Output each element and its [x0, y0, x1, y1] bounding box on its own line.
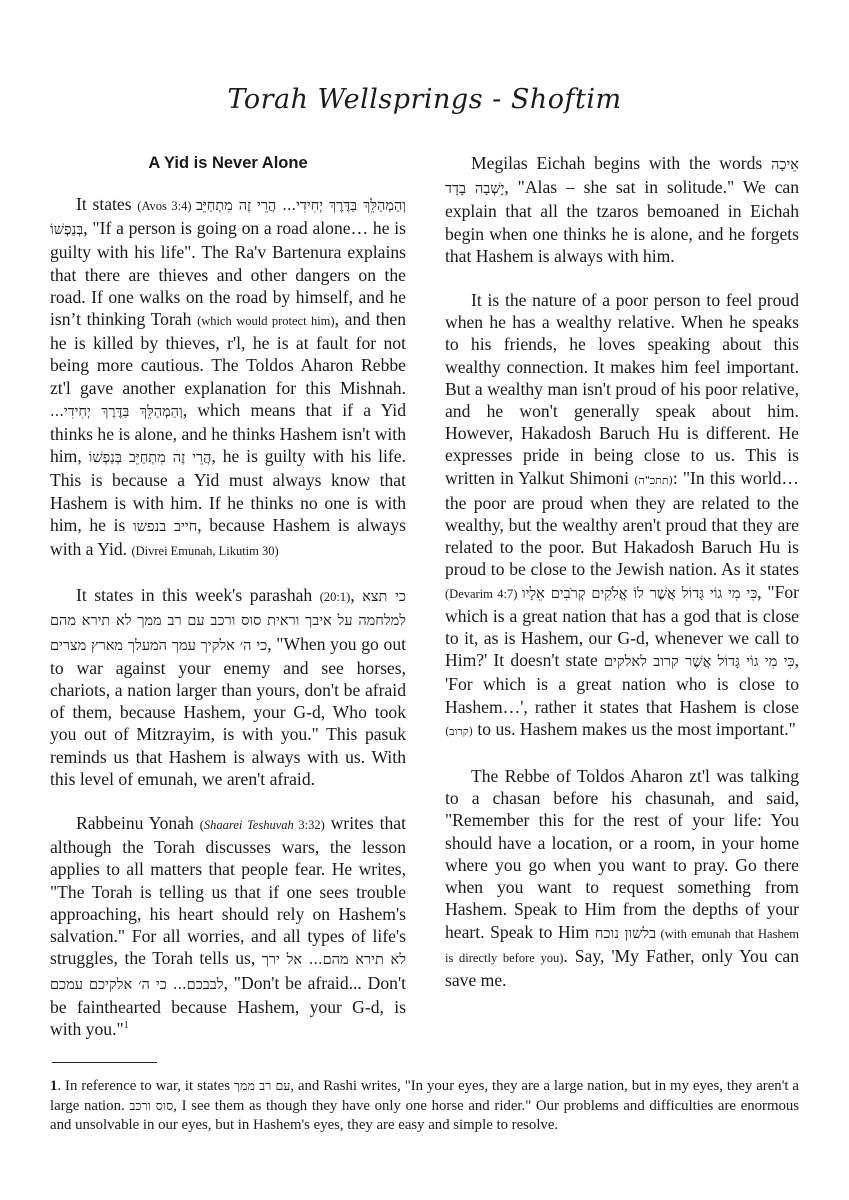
right-column: Megilas Eichah begins with the words אֵי… — [445, 152, 799, 1013]
paragraph-avos: It states (Avos 3:4) וְהַמְהַלֵּךְ בַּדֶ… — [50, 193, 406, 562]
parenthetical-note: (which would protect him) — [197, 314, 334, 328]
source-citation: (Avos 3:4) — [137, 199, 196, 213]
hebrew-quote: כִּי מִי גוֹי גָּדוֹל אֲשֶׁר קרוב לאלקים — [604, 654, 795, 670]
source-citation-title: Shaarei Teshuvah — [204, 818, 294, 832]
source-citation: (Divrei Emunah, Likutim 30) — [131, 544, 278, 558]
hebrew-quote: הֲרֵי זֶה מִתְחַיֵּב בְּנַפְשׁוֹ — [89, 450, 212, 466]
text: Megilas Eichah begins with the words — [471, 153, 771, 173]
text: , — [350, 585, 362, 605]
paragraph-parashah: It states in this week's parashah (20:1)… — [50, 584, 406, 790]
text: . In reference to war, it states — [57, 1078, 234, 1094]
text: to us. Hashem makes us the most importan… — [473, 719, 796, 739]
paragraph-toldos-aharon: The Rebbe of Toldos Aharon zt'l was talk… — [445, 765, 799, 991]
paragraph-rabbeinu-yonah: Rabbeinu Yonah (Shaarei Teshuvah 3:32) w… — [50, 812, 406, 1040]
text: It states in this week's parashah — [76, 585, 320, 605]
hebrew-quote: עם רב ממך — [234, 1078, 290, 1093]
footnote: 1. In reference to war, it states עם רב … — [50, 1076, 799, 1135]
footnote-reference[interactable]: 1 — [124, 1020, 129, 1031]
source-citation: (Devarim 4:7) — [445, 587, 522, 601]
hebrew-quote: חייב בנפשו — [133, 519, 197, 535]
hebrew-quote: כִּי מִי גוֹי גָּדוֹל אֲשֶׁר לוֹ אֱלֹקִי… — [522, 586, 757, 602]
text: The Rebbe of Toldos Aharon zt'l was talk… — [445, 766, 799, 941]
article-heading: A Yid is Never Alone — [50, 152, 406, 174]
source-citation: (תתכ"ה) — [634, 474, 673, 487]
footnote-divider — [52, 1062, 157, 1063]
paragraph-eichah: Megilas Eichah begins with the words אֵי… — [445, 152, 799, 267]
left-column: A Yid is Never Alone It states (Avos 3:4… — [50, 152, 406, 1062]
source-citation-ref: 3:32) — [294, 818, 325, 832]
text: It states — [76, 194, 137, 214]
page-title: Torah Wellsprings - Shoftim — [0, 84, 849, 115]
text: Rabbeinu Yonah — [76, 813, 200, 833]
hebrew-quote: סוס ורכב — [129, 1098, 173, 1113]
text: writes that although the Torah discusses… — [50, 813, 406, 968]
text: It is the nature of a poor person to fee… — [445, 290, 799, 488]
hebrew-quote: בלשון נוכח — [595, 926, 656, 942]
hebrew-note: (קרוב) — [445, 725, 473, 738]
paragraph-wealthy-relative: It is the nature of a poor person to fee… — [445, 289, 799, 743]
hebrew-quote: וְהַמְהַלֵּךְ בַּדֶּרֶךְ יְחִידִי... — [50, 404, 183, 420]
text: , "When you go out to war against your e… — [50, 634, 406, 789]
source-citation: (20:1) — [320, 590, 351, 604]
